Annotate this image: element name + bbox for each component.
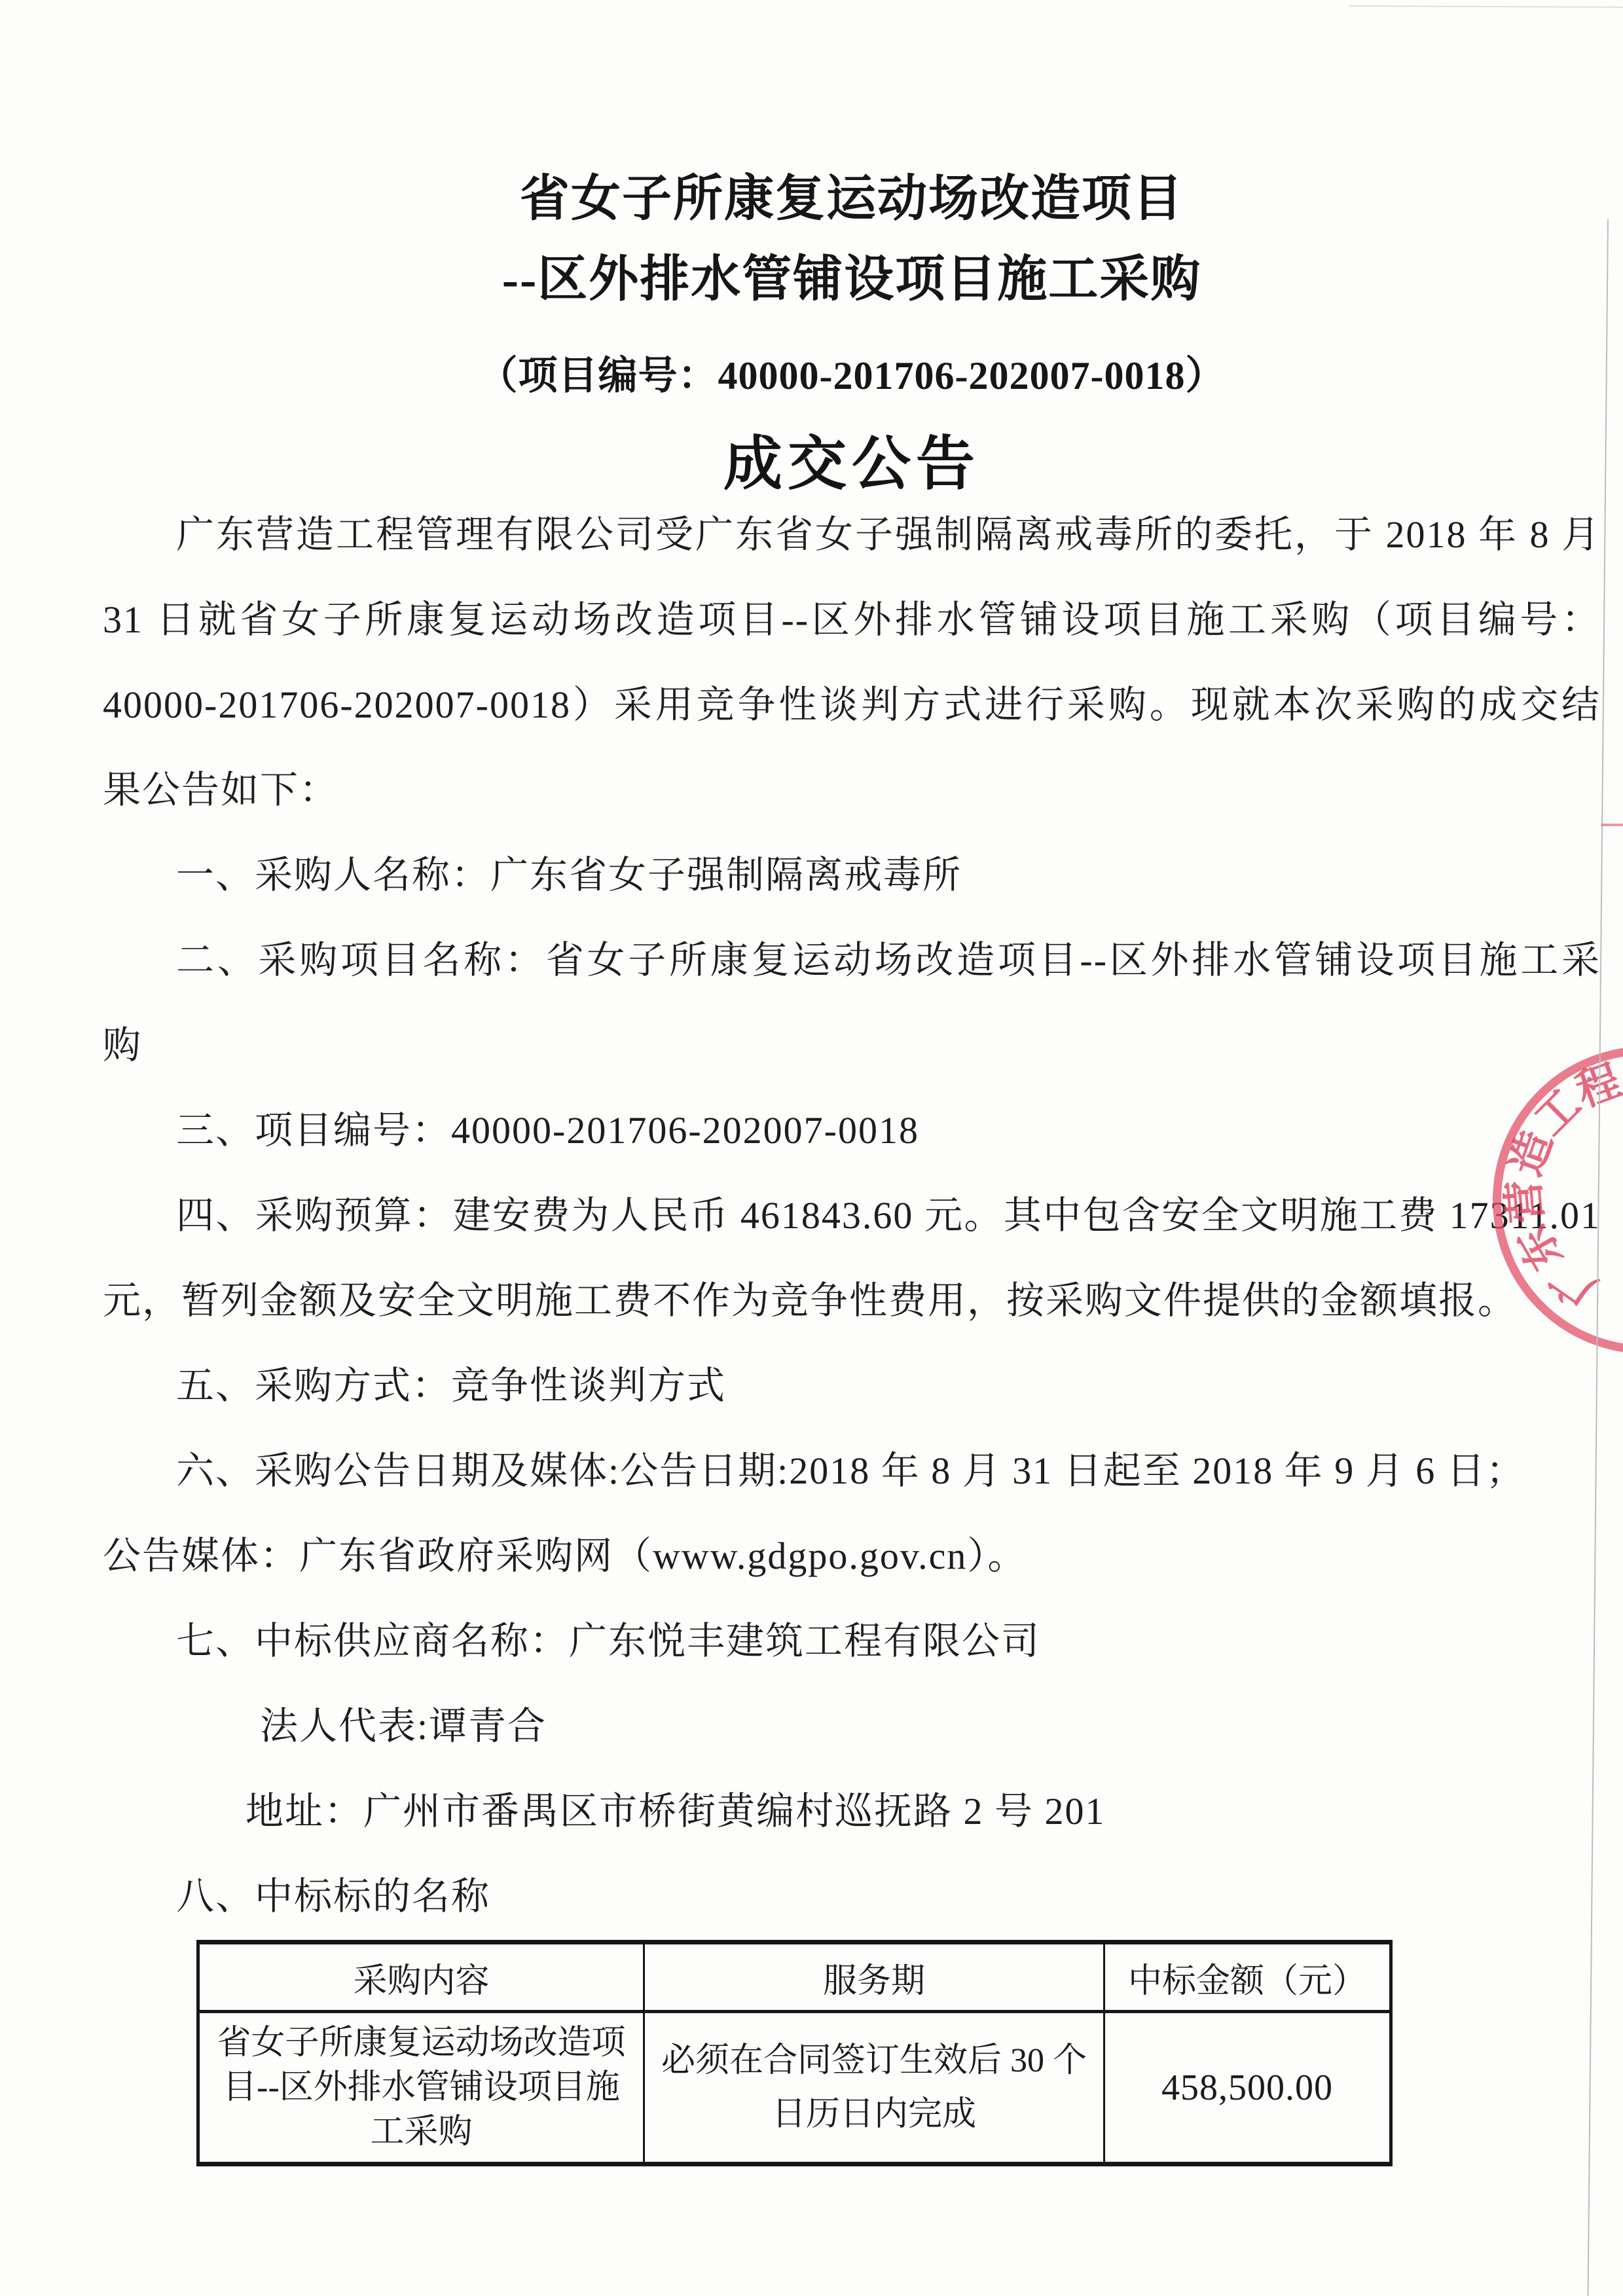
body-line-item-3-number: 三、项目编号：40000-201706-202007-0018 <box>103 1088 1601 1173</box>
body-line-item-2-wrap: 购 <box>103 1003 1601 1088</box>
body-line-item-6-media: 公告媒体：广东省政府采购网（www.gdgpo.gov.cn）。 <box>103 1514 1601 1599</box>
body-line-address: 地址：广州市番禺区市桥街黄编村巡抚路 2 号 201 <box>103 1769 1601 1854</box>
body-line-item-7-winner: 七、中标供应商名称：广东悦丰建筑工程有限公司 <box>103 1599 1601 1684</box>
award-table-header-service-period: 服务期 <box>644 1942 1104 2012</box>
body-line-intro-4: 果公告如下： <box>103 748 1601 833</box>
body-text-block: 广东营造工程管理有限公司受广东省女子强制隔离戒毒所的委托，于 2018 年 8 … <box>103 492 1601 1939</box>
award-table-row: 省女子所康复运动场改造项目--区外排水管铺设项目施工采购 必须在合同签订生效后 … <box>198 2012 1391 2164</box>
body-line-intro-3: 40000-201706-202007-0018）采用竞争性谈判方式进行采购。现… <box>103 663 1601 748</box>
award-table: 采购内容 服务期 中标金额（元） 省女子所康复运动场改造项目--区外排水管铺设项… <box>196 1940 1393 2166</box>
award-table-header-amount: 中标金额（元） <box>1104 1942 1391 2012</box>
body-line-intro-1: 广东营造工程管理有限公司受广东省女子强制隔离戒毒所的委托，于 2018 年 8 … <box>103 492 1601 577</box>
doc-title-line-1: 省女子所康复运动场改造项目 <box>103 174 1601 224</box>
award-table-cell-amount: 458,500.00 <box>1104 2012 1391 2164</box>
body-line-item-2-project: 二、采购项目名称：省女子所康复运动场改造项目--区外排水管铺设项目施工采 <box>103 918 1601 1003</box>
announcement-heading: 成交公告 <box>103 435 1601 494</box>
body-line-legal-rep: 法人代表:谭青合 <box>103 1684 1601 1769</box>
doc-project-number-line: （项目编号：40000-201706-202007-0018） <box>103 356 1601 395</box>
body-line-item-1-buyer: 一、采购人名称：广东省女子强制隔离戒毒所 <box>103 833 1601 918</box>
scan-artifact-red-dash <box>1601 824 1623 826</box>
body-line-item-8-subject: 八、中标标的名称 <box>103 1854 1601 1939</box>
award-table-header-content: 采购内容 <box>198 1942 644 2012</box>
body-line-item-5-method: 五、采购方式：竞争性谈判方式 <box>103 1343 1601 1429</box>
body-line-item-6-dates: 六、采购公告日期及媒体:公告日期:2018 年 8 月 31 日起至 2018 … <box>103 1429 1601 1514</box>
scan-artifact-top-line <box>1349 5 1623 8</box>
award-table-header-row: 采购内容 服务期 中标金额（元） <box>198 1942 1391 2012</box>
body-line-intro-2: 31 日就省女子所康复运动场改造项目--区外排水管铺设项目施工采购（项目编号： <box>103 577 1601 663</box>
scanned-document-page: 省女子所康复运动场改造项目 --区外排水管铺设项目施工采购 （项目编号：4000… <box>0 0 1623 2296</box>
award-table-cell-service-period: 必须在合同签订生效后 30 个日历日内完成 <box>644 2012 1104 2164</box>
award-table-cell-content: 省女子所康复运动场改造项目--区外排水管铺设项目施工采购 <box>198 2012 644 2164</box>
red-seal-character: 营 <box>1503 1178 1550 1225</box>
body-line-item-4-budget: 四、采购预算：建安费为人民币 461843.60 元。其中包含安全文明施工费 1… <box>103 1173 1601 1258</box>
body-line-item-4-wrap: 元，暂列金额及安全文明施工费不作为竞争性费用，按采购文件提供的金额填报。 <box>103 1258 1601 1343</box>
doc-title-line-2: --区外排水管铺设项目施工采购 <box>103 255 1601 304</box>
